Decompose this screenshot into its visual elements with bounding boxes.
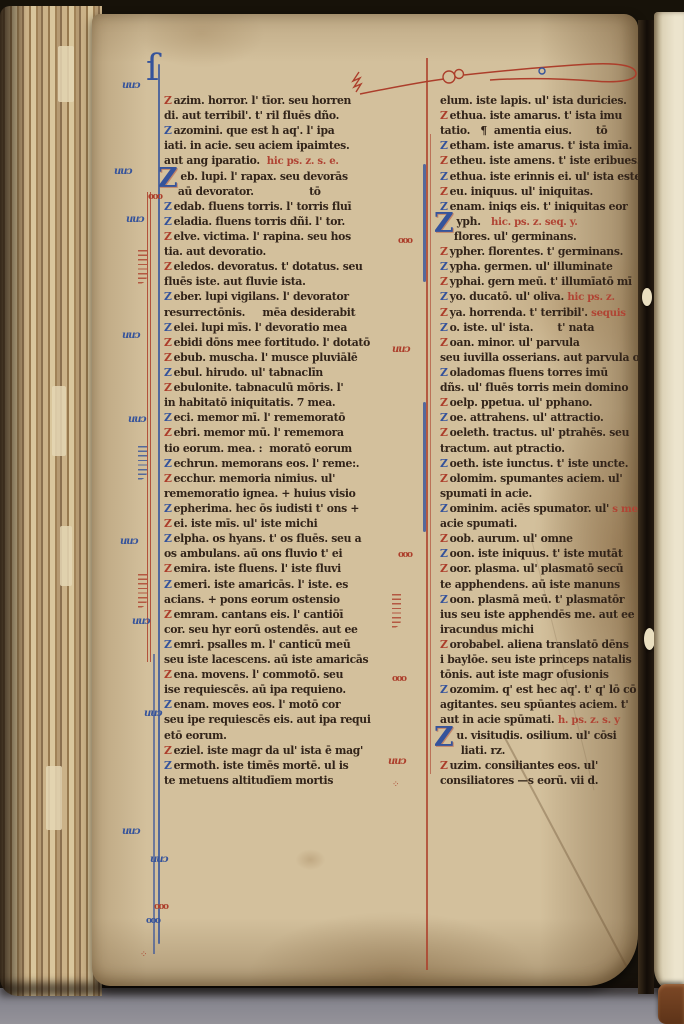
text-line: seu iste lacescens. aū iste amaricās [164, 652, 460, 667]
text-line: Zermoth. iste timēs mortē. ul is [164, 758, 460, 773]
entry-initial: Z [164, 381, 172, 394]
text-line: Zoeleth. tractus. ul' ptrahēs. seu [440, 425, 638, 440]
entry-initial: Z [164, 517, 172, 530]
entry-text: di. aut terribil'. t' ril fluēs dño. [164, 109, 339, 122]
text-line: Zebri. memor mū. l' rememora [164, 425, 460, 440]
entry-initial: Z [164, 426, 172, 439]
entry-text: etham. iste amarus. t' ista imīa. [450, 139, 632, 152]
text-line: Zoon. plasmā meū. t' plasmatōr [440, 592, 638, 607]
text-line: Zoob. aurum. ul' omne [440, 531, 638, 546]
entry-initial: Z [440, 245, 448, 258]
entry-initial: Z [164, 502, 172, 515]
entry-text: eziel. iste magr da ul' ista ē mag' [174, 744, 363, 757]
entry-text: rememoratio ignea. + huius visio [164, 487, 356, 500]
text-line: Zya. horrenda. t' terribil'. sequis [440, 305, 638, 320]
entry-initial: Z [164, 759, 172, 772]
text-line: Zebidi dōns mee fortitudo. l' dotatō [164, 335, 460, 350]
entry-text: ise requiescēs. aū ipa requieno. [164, 683, 346, 696]
text-line: tatio. ¶ amentia eius. tō [440, 123, 638, 138]
text-line: aut in acie spūmati. h. ps. z. s. y [440, 712, 638, 727]
entry-initial: Z [164, 215, 172, 228]
entry-text: ypher. florentes. t' germinans. [450, 245, 623, 258]
rubric-text: hic ps. z. [567, 291, 614, 303]
text-line: i baylōe. seu iste princeps natalis [440, 652, 638, 667]
text-line: Zebulonite. tabnaculū mōris. l' [164, 380, 460, 395]
entry-text: iati. in acie. seu aciem ipaimtes. [164, 139, 349, 152]
text-line: Zelei. lupi mīs. l' devoratio mea [164, 320, 460, 335]
entry-text: echrun. memorans eos. l' reme:. [174, 457, 360, 470]
entry-initial: Z [434, 219, 453, 229]
entry-text: ethua. iste amarus. t' ista imu [450, 109, 622, 122]
entry-initial: Z [440, 396, 448, 409]
text-line: te apphendens. aū iste manuns [440, 577, 638, 592]
text-line: Zazomini. que est h aq'. l' ipa [164, 123, 460, 138]
entry-text: ypha. germen. ul' illuminate [450, 260, 613, 273]
entry-text: elei. lupi mīs. l' devoratio mea [174, 321, 347, 334]
text-line: te metuens altitudīem mortis [164, 773, 460, 788]
text-line: Zepherima. hec ōs iudisti t' ons + [164, 501, 460, 516]
text-line: Zethua. iste erinnis ei. ul' ista este [440, 169, 638, 184]
entry-text: elum. iste lapis. ul' ista duricies. [440, 94, 627, 107]
entry-text: ozomim. q' est hec aq'. t' q' lō cō [450, 683, 637, 696]
entry-text: eci. memor mī. l' rememoratō [174, 411, 346, 424]
text-line: tractum. aut ptractio. [440, 441, 638, 456]
text-line: Zeladia. fluens torris dñi. l' tor. [164, 214, 460, 229]
entry-text: tōnis. aut iste magr ofusionis [440, 668, 609, 681]
entry-initial: Z [164, 668, 172, 681]
text-line: Zeci. memor mī. l' rememoratō [164, 410, 460, 425]
text-line: Zorobabel. aliena translatō dēns [440, 637, 638, 652]
entry-initial: Z [164, 638, 172, 651]
text-line: Zena. movens. l' commotō. seu [164, 667, 460, 682]
entry-text: olomim. spumantes aciem. ul' [450, 472, 623, 485]
text-line: Zechrun. memorans eos. l' reme:. [164, 456, 460, 471]
entry-initial: Z [440, 260, 448, 273]
entry-text: u. visitudis. osilium. ul' cōsi [456, 729, 616, 742]
next-page-edge [654, 12, 684, 994]
text-line: Zebub. muscha. l' musce pluviālē [164, 350, 460, 365]
text-line: Zetheu. iste amens. t' iste eribues. [440, 153, 638, 168]
entry-text: eladia. fluens torris dñi. l' tor. [174, 215, 345, 228]
text-line: iati. in acie. seu aciem ipaimtes. [164, 138, 460, 153]
text-line: Zemri. psalles m. l' canticū meū [164, 637, 460, 652]
text-line: Zei. iste mīs. ul' iste michi [164, 516, 460, 531]
text-line: Zenam. moves eos. l' motō cor [164, 697, 460, 712]
entry-initial: Z [164, 608, 172, 621]
entry-text: ius seu iste apphendēs me. aut ee [440, 608, 634, 621]
entry-initial: Z [440, 457, 448, 470]
entry-text: seu ipe requiescēs eis. aut ipa requi [164, 713, 371, 726]
entry-text: ermoth. iste timēs mortē. ul is [174, 759, 349, 772]
entry-text: emram. cantans eis. l' cantiōī [174, 608, 344, 621]
entry-text: resurrectōnis. mēa desiderabit [164, 306, 355, 319]
entry-initial: Z [440, 411, 448, 424]
entry-text: aut ang iparatio. [164, 154, 267, 167]
entry-initial: Z [164, 698, 172, 711]
entry-initial: Z [164, 532, 172, 545]
entry-text: azim. horror. l' tīor. seu horren [174, 94, 352, 107]
text-line: Zoan. minor. ul' parvula [440, 335, 638, 350]
entry-text: orobabel. aliena translatō dēns [450, 638, 629, 651]
entry-text: uzim. consiliantes eos. ul' [450, 759, 598, 772]
entry-text: in habitatō iniquitatis. 7 mea. [164, 396, 335, 409]
entry-text: ebulonite. tabnaculū mōris. l' [174, 381, 344, 394]
entry-text: seu iste lacescens. aū iste amaricās [164, 653, 368, 666]
text-line: Zemira. iste fluens. l' iste fluvi [164, 561, 460, 576]
text-line: Zenam. iniqs eis. t' iniquitas eor [440, 199, 638, 214]
entry-text: yph. [456, 215, 491, 228]
text-line: tia. aut devoratio. [164, 244, 460, 259]
entry-text: ebub. muscha. l' musce pluviālē [174, 351, 358, 364]
entry-initial: Z [164, 351, 172, 364]
rubric-text: h. ps. z. s. y [558, 714, 620, 726]
entry-text: yphai. gern meū. t' illumīatō mī [450, 275, 632, 288]
red-penwork-dots: ⁘ [140, 950, 149, 960]
text-line: spumati in acie. [440, 486, 638, 501]
entry-text: elpha. os hyans. t' os fluēs. seu a [174, 532, 362, 545]
entry-initial: Z [440, 562, 448, 575]
text-line: Zedab. fluens torris. l' torris fluī [164, 199, 460, 214]
blue-penwork-squiggle: uuↄ [128, 414, 146, 425]
red-penwork-circles: ooo [154, 902, 168, 912]
text-line: Zoeth. iste iunctus. t' iste uncte. [440, 456, 638, 471]
entry-initial: Z [164, 260, 172, 273]
fore-edge-gap [638, 20, 654, 994]
entry-text: eber. lupi vigilans. l' devorator [174, 290, 349, 303]
entry-text: oob. aurum. ul' omne [450, 532, 573, 545]
text-line: iracundus michi [440, 622, 638, 637]
entry-text: enam. moves eos. l' motō cor [174, 698, 341, 711]
entry-text: yo. ducatō. ul' oliva. [450, 290, 568, 303]
text-line: Zu. visitudis. osilium. ul' cōsi [440, 728, 638, 743]
entry-initial: Z [440, 185, 448, 198]
text-line: Zoladomas fluens torres imū [440, 365, 638, 380]
entry-text: epherima. hec ōs iudisti t' ons + [174, 502, 360, 515]
entry-initial: Z [440, 683, 448, 696]
text-line: cor. seu hyr eorū ostendēs. aut ee [164, 622, 460, 637]
entry-initial: Z [164, 290, 172, 303]
entry-initial: Z [434, 733, 453, 743]
entry-text: ominim. aciēs spumator. ul' [450, 502, 609, 515]
text-line: rememoratio ignea. + huius visio [164, 486, 460, 501]
text-line: Zozomim. q' est hec aq'. t' q' lō cō [440, 682, 638, 697]
entry-text: acie spumati. [440, 517, 517, 530]
text-line: etō eorum. [164, 728, 460, 743]
text-line: resurrectōnis. mēa desiderabit [164, 305, 460, 320]
entry-text: azomini. que est h aq'. l' ipa [174, 124, 335, 137]
text-line: Zyo. ducatō. ul' oliva. hic ps. z. [440, 289, 638, 304]
entry-text: ebul. hirudo. ul' tabnaclīn [174, 366, 323, 379]
entry-initial: Z [164, 366, 172, 379]
entry-text: etheu. iste amens. t' iste eribues. [450, 154, 638, 167]
left-margin-rule-red [147, 192, 151, 662]
entry-initial: Z [158, 174, 177, 184]
entry-initial: Z [440, 170, 448, 183]
text-line: Zemram. cantans eis. l' cantiōī [164, 607, 460, 622]
entry-initial: Z [164, 230, 172, 243]
entry-text: oon. plasmā meū. t' plasmatōr [450, 593, 625, 606]
text-line: elum. iste lapis. ul' ista duricies. [440, 93, 638, 108]
book-clasp-remnant [658, 984, 684, 1024]
text-line: ius seu iste apphendēs me. aut ee [440, 607, 638, 622]
entry-initial: Z [164, 472, 172, 485]
entry-text: oeth. iste iunctus. t' iste uncte. [450, 457, 629, 470]
entry-text: oe. attrahens. ul' attractio. [450, 411, 604, 424]
entry-text: elve. victima. l' rapina. seu hos [174, 230, 351, 243]
text-line: ise requiescēs. aū ipa requieno. [164, 682, 460, 697]
blue-penwork-comb [138, 446, 147, 480]
text-line: Zyphai. gern meū. t' illumīatō mī [440, 274, 638, 289]
red-penwork-comb [138, 574, 147, 608]
entry-text: acians. + pons eorum ostensio [164, 593, 340, 606]
entry-initial: Z [164, 562, 172, 575]
entry-initial: Z [164, 124, 172, 137]
entry-initial: Z [164, 744, 172, 757]
text-line: Zo. iste. ul' ista. t' nata [440, 320, 638, 335]
text-line: Zoelp. ppetua. ul' pphano. [440, 395, 638, 410]
page-edge-highlight [60, 526, 72, 586]
entry-text: oan. minor. ul' parvula [450, 336, 580, 349]
text-line: acie spumati. [440, 516, 638, 531]
entry-text: etō eorum. [164, 729, 227, 742]
text-line: os ambulans. aū ons fluvio t' ei [164, 546, 460, 561]
entry-text: dñs. ul' fluēs torris mein domino [440, 381, 628, 394]
text-line: acians. + pons eorum ostensio [164, 592, 460, 607]
entry-text: ecchur. memoria nimius. ul' [174, 472, 335, 485]
text-line: seu iuvilla osserians. aut parvula ose [440, 350, 638, 365]
text-line: Zebul. hirudo. ul' tabnaclīn [164, 365, 460, 380]
text-line: aū devorator. tō [164, 184, 460, 199]
text-line: Zeu. iniquus. ul' iniquitas. [440, 184, 638, 199]
entry-initial: Z [440, 426, 448, 439]
entry-text: cor. seu hyr eorū ostendēs. aut ee [164, 623, 358, 636]
wax-blob [642, 288, 652, 306]
page-edge-highlight [46, 766, 62, 830]
left-margin-rule-blue [158, 64, 160, 944]
entry-initial: Z [164, 200, 172, 213]
entry-initial: Z [440, 547, 448, 560]
text-line: Zeb. lupi. l' rapax. seu devorās [164, 169, 460, 184]
entry-text: o. iste. ul' ista. t' nata [450, 321, 595, 334]
text-line: Zemeri. iste amaricās. l' iste. es [164, 577, 460, 592]
text-line: Zethua. iste amarus. t' ista imu [440, 108, 638, 123]
text-line: agitantes. seu spūantes aciem. t' [440, 697, 638, 712]
text-line: liati. rz. [440, 743, 638, 758]
rubric-text: s mei [609, 503, 638, 515]
text-line: Zolomim. spumantes aciem. ul' [440, 471, 638, 486]
entry-text: agitantes. seu spūantes aciem. t' [440, 698, 628, 711]
text-line: tōnis. aut iste magr ofusionis [440, 667, 638, 682]
entry-initial: Z [164, 336, 172, 349]
entry-text: seu iuvilla osserians. aut parvula ose [440, 351, 638, 364]
left-text-column: Zazim. horror. l' tīor. seu horrendi. au… [164, 93, 460, 788]
text-line: Zeziel. iste magr da ul' ista ē mag' [164, 743, 460, 758]
text-line: in habitatō iniquitatis. 7 mea. [164, 395, 460, 410]
entry-initial: Z [440, 109, 448, 122]
text-line: Zypha. germen. ul' illuminate [440, 259, 638, 274]
text-line: Zelpha. os hyans. t' os fluēs. seu a [164, 531, 460, 546]
entry-text: te apphendens. aū iste manuns [440, 578, 620, 591]
left-margin-rule-blue-lower [153, 654, 155, 954]
text-line: tio eorum. mea. : moratō eorum [164, 441, 460, 456]
text-line: dñs. ul' fluēs torris mein domino [440, 380, 638, 395]
entry-initial: Z [440, 139, 448, 152]
entry-initial: Z [440, 336, 448, 349]
entry-initial: Z [164, 457, 172, 470]
text-line: Zyph. hic. ps. z. seq. y. [440, 214, 638, 229]
entry-text: eb. lupi. l' rapax. seu devorās [180, 170, 347, 183]
page-edge-highlight [52, 386, 66, 456]
entry-text: ya. horrenda. t' terribil'. [450, 306, 592, 319]
text-line: Zoe. attrahens. ul' attractio. [440, 410, 638, 425]
entry-text: ebri. memor mū. l' rememora [174, 426, 344, 439]
text-line: Zominim. aciēs spumator. ul' s mei [440, 501, 638, 516]
entry-text: consiliatores —s eorū. vii d. [440, 774, 598, 787]
entry-initial: Z [440, 306, 448, 319]
entry-text: i baylōe. seu iste princeps natalis [440, 653, 631, 666]
entry-text: emeri. iste amaricās. l' iste. es [174, 578, 348, 591]
entry-text: enam. iniqs eis. t' iniquitas eor [450, 200, 628, 213]
entry-text: os ambulans. aū ons fluvio t' ei [164, 547, 342, 560]
text-line: di. aut terribil'. t' ril fluēs dño. [164, 108, 460, 123]
entry-text: liati. rz. [440, 744, 505, 757]
text-line: aut ang iparatio. hic ps. z. s. e. [164, 153, 460, 168]
rubric-text: hic. ps. z. seq. y. [491, 216, 577, 228]
text-line: fluēs iste. aut fluvie ista. [164, 274, 460, 289]
entry-initial: Z [440, 532, 448, 545]
text-line: Zuzim. consiliantes eos. ul' [440, 758, 638, 773]
manuscript-photo: Zazim. horror. l' tīor. seu horrendi. au… [0, 0, 684, 1024]
text-line: consiliatores —s eorū. vii d. [440, 773, 638, 788]
entry-text: emira. iste fluens. l' iste fluvi [174, 562, 341, 575]
text-line: Zetham. iste amarus. t' ista imīa. [440, 138, 638, 153]
rubric-text: sequis [591, 307, 626, 319]
text-line: Zoon. iste iniquus. t' iste mutāt [440, 546, 638, 561]
entry-text: eu. iniquus. ul' iniquitas. [450, 185, 593, 198]
entry-initial: Z [440, 759, 448, 772]
entry-text: oladomas fluens torres imū [450, 366, 608, 379]
text-line: Zeledos. devoratus. t' dotatus. seu [164, 259, 460, 274]
entry-initial: Z [164, 411, 172, 424]
blue-penwork-squiggle: uuↄ [122, 826, 140, 837]
red-penwork-comb [138, 250, 147, 284]
entry-text: edab. fluens torris. l' torris fluī [174, 200, 352, 213]
blue-penwork-squiggle: uuↄ [120, 536, 138, 547]
book-page: Zazim. horror. l' tīor. seu horrendi. au… [92, 14, 638, 986]
entry-text: tatio. ¶ amentia eius. tō [440, 124, 607, 137]
text-line: seu ipe requiescēs eis. aut ipa requi [164, 712, 460, 727]
blue-penwork-squiggle: uuↄ [126, 214, 144, 225]
entry-text: fluēs iste. aut fluvie ista. [164, 275, 306, 288]
text-line: Zypher. florentes. t' germinans. [440, 244, 638, 259]
entry-text: flores. ul' germinans. [440, 230, 577, 243]
entry-text: ei. iste mīs. ul' iste michi [174, 517, 318, 530]
entry-initial: Z [164, 94, 172, 107]
text-line: flores. ul' germinans. [440, 229, 638, 244]
text-line: Zazim. horror. l' tīor. seu horren [164, 93, 460, 108]
blue-penwork-squiggle: uuↄ [122, 80, 140, 91]
entry-text: tio eorum. mea. : moratō eorum [164, 442, 352, 455]
entry-initial: Z [440, 321, 448, 334]
entry-text: oelp. ppetua. ul' pphano. [450, 396, 593, 409]
entry-text: ethua. iste erinnis ei. ul' ista este [450, 170, 638, 183]
text-line: Zeber. lupi vigilans. l' devorator [164, 289, 460, 304]
page-stack-edge [0, 6, 102, 996]
entry-text: spumati in acie. [440, 487, 532, 500]
entry-text: aut in acie spūmati. [440, 713, 558, 726]
entry-initial: Z [440, 366, 448, 379]
text-line: Zelve. victima. l' rapina. seu hos [164, 229, 460, 244]
blue-penwork-squiggle: uuↄ [114, 166, 132, 177]
page-edge-highlight [58, 46, 74, 102]
entry-text: te metuens altitudīem mortis [164, 774, 333, 787]
entry-initial: Z [440, 472, 448, 485]
entry-initial: Z [164, 578, 172, 591]
entry-initial: Z [440, 638, 448, 651]
blue-penwork-squiggle: uuↄ [122, 330, 140, 341]
right-text-column: elum. iste lapis. ul' ista duricies.Zeth… [440, 93, 638, 788]
entry-text: oeleth. tractus. ul' ptrahēs. seu [450, 426, 630, 439]
entry-initial: Z [440, 502, 448, 515]
entry-text: tia. aut devoratio. [164, 245, 266, 258]
text-line: Zecchur. memoria nimius. ul' [164, 471, 460, 486]
entry-initial: Z [440, 154, 448, 167]
entry-text: iracundus michi [440, 623, 534, 636]
entry-initial: Z [164, 321, 172, 334]
entry-initial: Z [440, 593, 448, 606]
entry-text: emri. psalles m. l' canticū meū [174, 638, 351, 651]
entry-text: ena. movens. l' commotō. seu [174, 668, 344, 681]
entry-text: ebidi dōns mee fortitudo. l' dotatō [174, 336, 370, 349]
entry-initial: Z [440, 275, 448, 288]
entry-text: aū devorator. tō [164, 185, 321, 198]
rubric-text: hic ps. z. s. e. [267, 155, 339, 167]
entry-text: tractum. aut ptractio. [440, 442, 565, 455]
entry-text: eledos. devoratus. t' dotatus. seu [174, 260, 363, 273]
entry-initial: Z [440, 290, 448, 303]
